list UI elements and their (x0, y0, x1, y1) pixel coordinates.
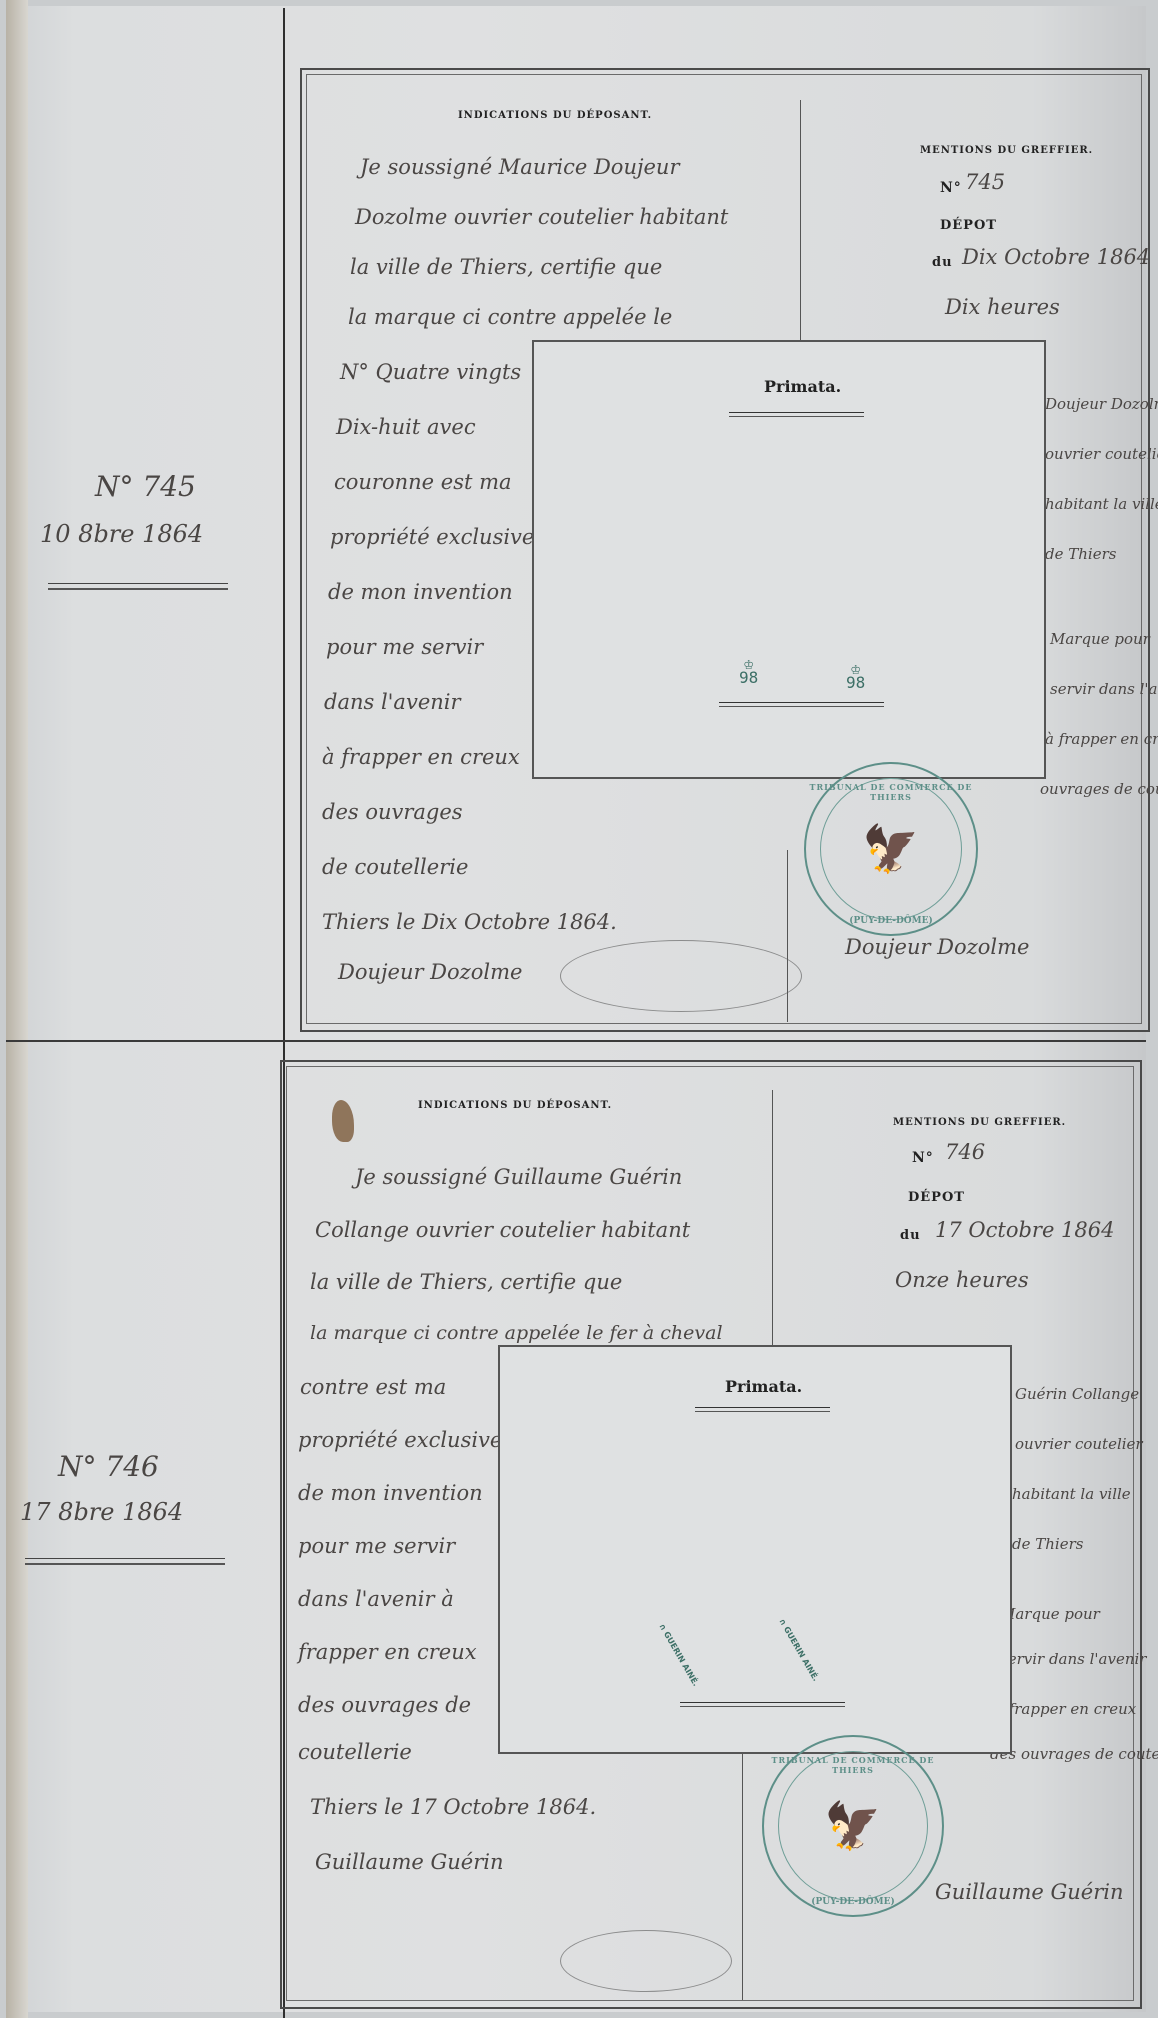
column-divider-top (772, 1090, 773, 1370)
mark-crown-98: ♔ 98 (739, 657, 758, 685)
primata-title: Primata. (764, 377, 841, 396)
marks-rule (719, 702, 884, 707)
margin-number: N° 746 (58, 1450, 159, 1483)
deposit-time: Onze heures (895, 1268, 1029, 1292)
primata-title: Primata. (725, 1377, 802, 1396)
entry-separator (6, 1040, 1146, 1042)
margin-date: 10 8bre 1864 (40, 520, 203, 548)
mark-horseshoe-guerin: ∩ GUERIN AINÉ. (777, 1617, 820, 1683)
column-divider-bottom (742, 1750, 743, 2000)
tribunal-seal: TRIBUNAL DE COMMERCE DE THIERS 🦅 (PUY-DE… (762, 1735, 944, 1917)
primata-box: Primata. ♔ 98 ♔ 98 (532, 340, 1046, 779)
margin-double-underline (48, 583, 228, 590)
clerk-signature: Guillaume Guérin (935, 1880, 1124, 1904)
depositor-header: Indications du déposant. (458, 110, 652, 121)
clerk-header: Mentions du greffier. (893, 1117, 1066, 1128)
tribunal-seal: TRIBUNAL DE COMMERCE DE THIERS 🦅 (PUY-DE… (804, 762, 978, 936)
mark-horseshoe-guerin: ∩ GUERIN AINÉ. (657, 1622, 700, 1688)
margin-date: 17 8bre 1864 (20, 1498, 183, 1526)
deposit-date: Dix Octobre 1864 (962, 245, 1150, 269)
marks-rule (680, 1702, 845, 1707)
depositor-signature: Guillaume Guérin (315, 1850, 504, 1874)
clerk-signature: Doujeur Dozolme (845, 935, 1029, 959)
column-divider-top (800, 100, 801, 375)
clerk-paraph (560, 940, 802, 1012)
deposit-time: Dix heures (945, 295, 1060, 319)
clerk-paraph (560, 1930, 732, 1992)
depositor-header: Indications du déposant. (418, 1100, 612, 1111)
margin-double-underline (25, 1558, 225, 1565)
mark-crown-98: ♔ 98 (846, 662, 865, 690)
deposit-number: 745 (965, 170, 1005, 194)
primata-title-rule (695, 1407, 830, 1412)
column-divider-bottom (787, 850, 788, 1022)
book-binding (6, 0, 28, 2018)
eagle-icon: 🦅 (862, 822, 919, 877)
deposit-number: 746 (945, 1140, 985, 1164)
eagle-icon: 🦅 (824, 1799, 881, 1854)
primata-title-rule (729, 412, 864, 417)
deposit-date: 17 Octobre 1864 (935, 1218, 1114, 1242)
depositor-signature: Doujeur Dozolme (338, 960, 522, 984)
primata-box: Primata. ∩ GUERIN AINÉ. ∩ GUERIN AINÉ. (498, 1345, 1012, 1754)
margin-number: N° 745 (95, 470, 196, 503)
clerk-header: Mentions du greffier. (920, 145, 1093, 156)
